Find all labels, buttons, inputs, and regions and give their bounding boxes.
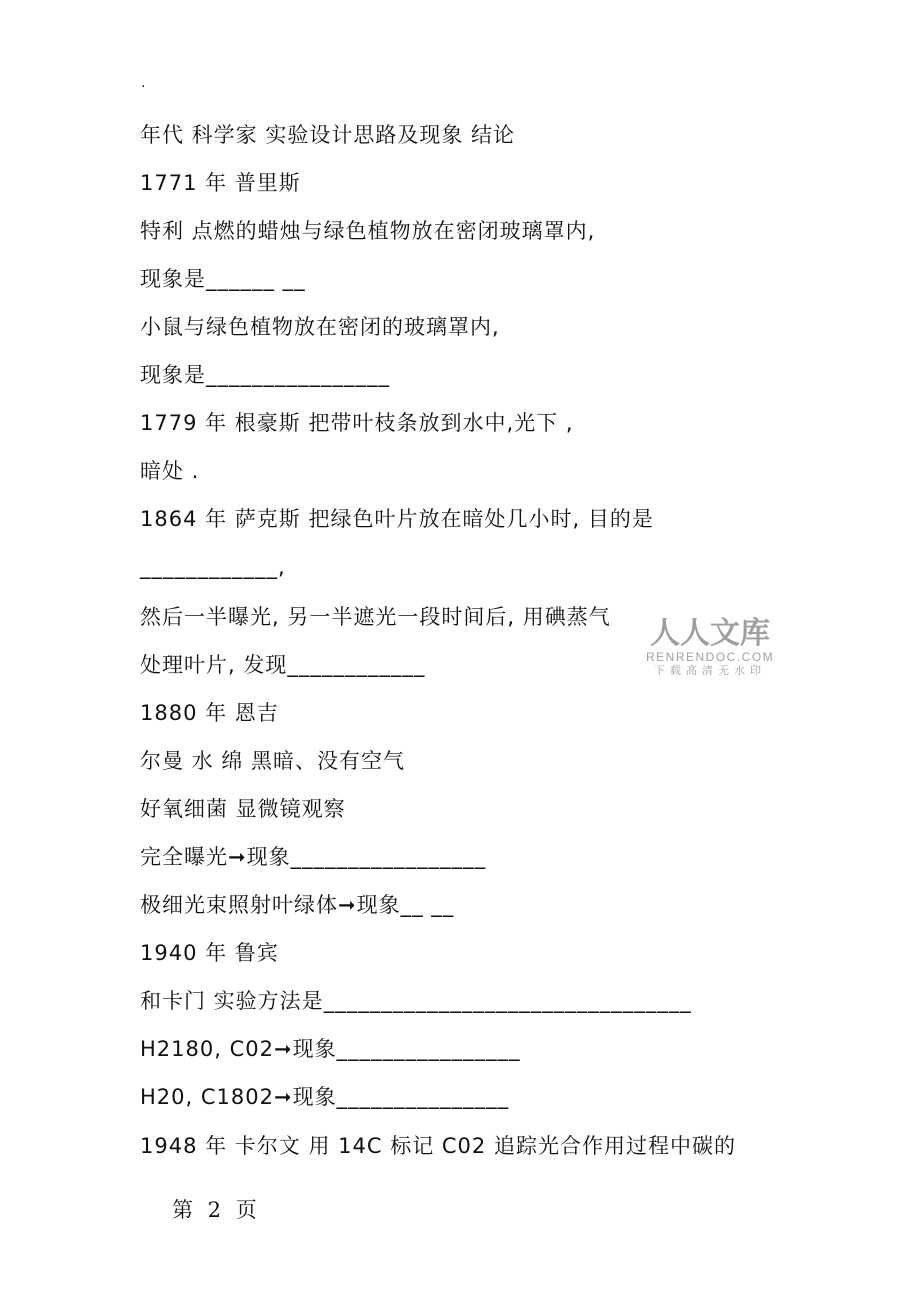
- line-text: 1779 年 根豪斯 把带叶枝条放到水中,光下 ,: [140, 411, 574, 435]
- line-text: 1864 年 萨克斯 把绿色叶片放在暗处几小时, 目的是: [140, 507, 654, 531]
- line-1779-ingenhousz: 1779 年 根豪斯 把带叶枝条放到水中,光下 ,: [140, 409, 574, 437]
- line-text: 极细光束照射叶绿体➞现象: [140, 893, 401, 917]
- watermark: 人人文库 RENRENDOC.COM 下载高清无水印: [646, 618, 774, 678]
- line-mouse-phenomenon: 现象是________________: [140, 361, 390, 389]
- line-c18o2-phenomenon: H20, C1802➞现象_______________: [140, 1083, 509, 1111]
- table-header-line: 年代 科学家 实验设计思路及现象 结论: [140, 121, 515, 149]
- watermark-logo: 人人文库: [646, 618, 774, 650]
- document-page: . 年代 科学家 实验设计思路及现象 结论 1771 年 普里斯 特利 点燃的蜡…: [0, 0, 920, 1302]
- line-text: 处理叶片, 发现: [140, 653, 287, 677]
- fill-blank: ____________,: [140, 555, 286, 579]
- fill-blank: ______ __: [206, 267, 306, 291]
- line-sachs-purpose-blank: ____________,: [140, 553, 286, 581]
- page-number: 第 2 页: [172, 1196, 261, 1224]
- line-1880-engelmann: 1880 年 恩吉: [140, 699, 279, 727]
- line-engelmann-conditions: 尔曼 水 绵 黑暗、没有空气: [140, 747, 405, 775]
- line-priestley-candle: 特利 点燃的蜡烛与绿色植物放在密闭玻璃罩内,: [140, 217, 595, 245]
- line-ruben-kamen-method: 和卡门 实验方法是_______________________________…: [140, 987, 692, 1015]
- fill-blank: ________________________________: [324, 989, 692, 1013]
- line-1771-year: 1771 年 普里斯: [140, 169, 301, 197]
- line-1864-sachs: 1864 年 萨克斯 把绿色叶片放在暗处几小时, 目的是: [140, 505, 654, 533]
- watermark-slogan: 下载高清无水印: [646, 664, 774, 678]
- line-candle-phenomenon: 现象是______ __: [140, 265, 306, 293]
- fill-blank: _________________: [291, 845, 487, 869]
- line-h218o-phenomenon: H2180, C02➞现象________________: [140, 1035, 521, 1063]
- line-aerobic-bacteria: 好氧细菌 显微镜观察: [140, 795, 346, 823]
- line-1940-ruben: 1940 年 鲁宾: [140, 939, 279, 967]
- line-text: 好氧细菌 显微镜观察: [140, 797, 346, 821]
- line-text: 暗处 .: [140, 459, 199, 483]
- line-text: 现象是: [140, 267, 206, 291]
- fill-blank: __ __: [401, 893, 455, 917]
- line-text: H2180, C02➞现象: [140, 1037, 337, 1061]
- top-mark: .: [141, 76, 145, 90]
- line-text: 1771 年 普里斯: [140, 171, 301, 195]
- line-sachs-finding: 处理叶片, 发现____________: [140, 651, 425, 679]
- line-text: 年代 科学家 实验设计思路及现象 结论: [140, 123, 515, 147]
- line-text: 现象是: [140, 363, 206, 387]
- line-fine-beam: 极细光束照射叶绿体➞现象__ __: [140, 891, 454, 919]
- fill-blank: ________________: [206, 363, 390, 387]
- line-text: 尔曼 水 绵 黑暗、没有空气: [140, 749, 405, 773]
- line-text: 1948 年 卡尔文 用 14C 标记 C02 追踪光合作用过程中碳的: [140, 1134, 736, 1158]
- watermark-domain: RENRENDOC.COM: [646, 650, 774, 664]
- line-1948-calvin: 1948 年 卡尔文 用 14C 标记 C02 追踪光合作用过程中碳的: [140, 1132, 736, 1160]
- line-text: 特利 点燃的蜡烛与绿色植物放在密闭玻璃罩内,: [140, 219, 595, 243]
- line-text: 1880 年 恩吉: [140, 701, 279, 725]
- fill-blank: _______________: [337, 1085, 510, 1109]
- line-mouse-experiment: 小鼠与绿色植物放在密闭的玻璃罩内,: [140, 313, 500, 341]
- line-sachs-iodine: 然后一半曝光, 另一半遮光一段时间后, 用碘蒸气: [140, 603, 611, 631]
- line-text: H20, C1802➞现象: [140, 1085, 337, 1109]
- line-text: 小鼠与绿色植物放在密闭的玻璃罩内,: [140, 315, 500, 339]
- line-text: 完全曝光➞现象: [140, 845, 291, 869]
- line-full-exposure: 完全曝光➞现象_________________: [140, 843, 486, 871]
- fill-blank: ____________: [287, 653, 425, 677]
- line-text: 然后一半曝光, 另一半遮光一段时间后, 用碘蒸气: [140, 605, 611, 629]
- fill-blank: ________________: [337, 1037, 521, 1061]
- line-text: 1940 年 鲁宾: [140, 941, 279, 965]
- line-text: 和卡门 实验方法是: [140, 989, 324, 1013]
- line-dark-place: 暗处 .: [140, 457, 199, 485]
